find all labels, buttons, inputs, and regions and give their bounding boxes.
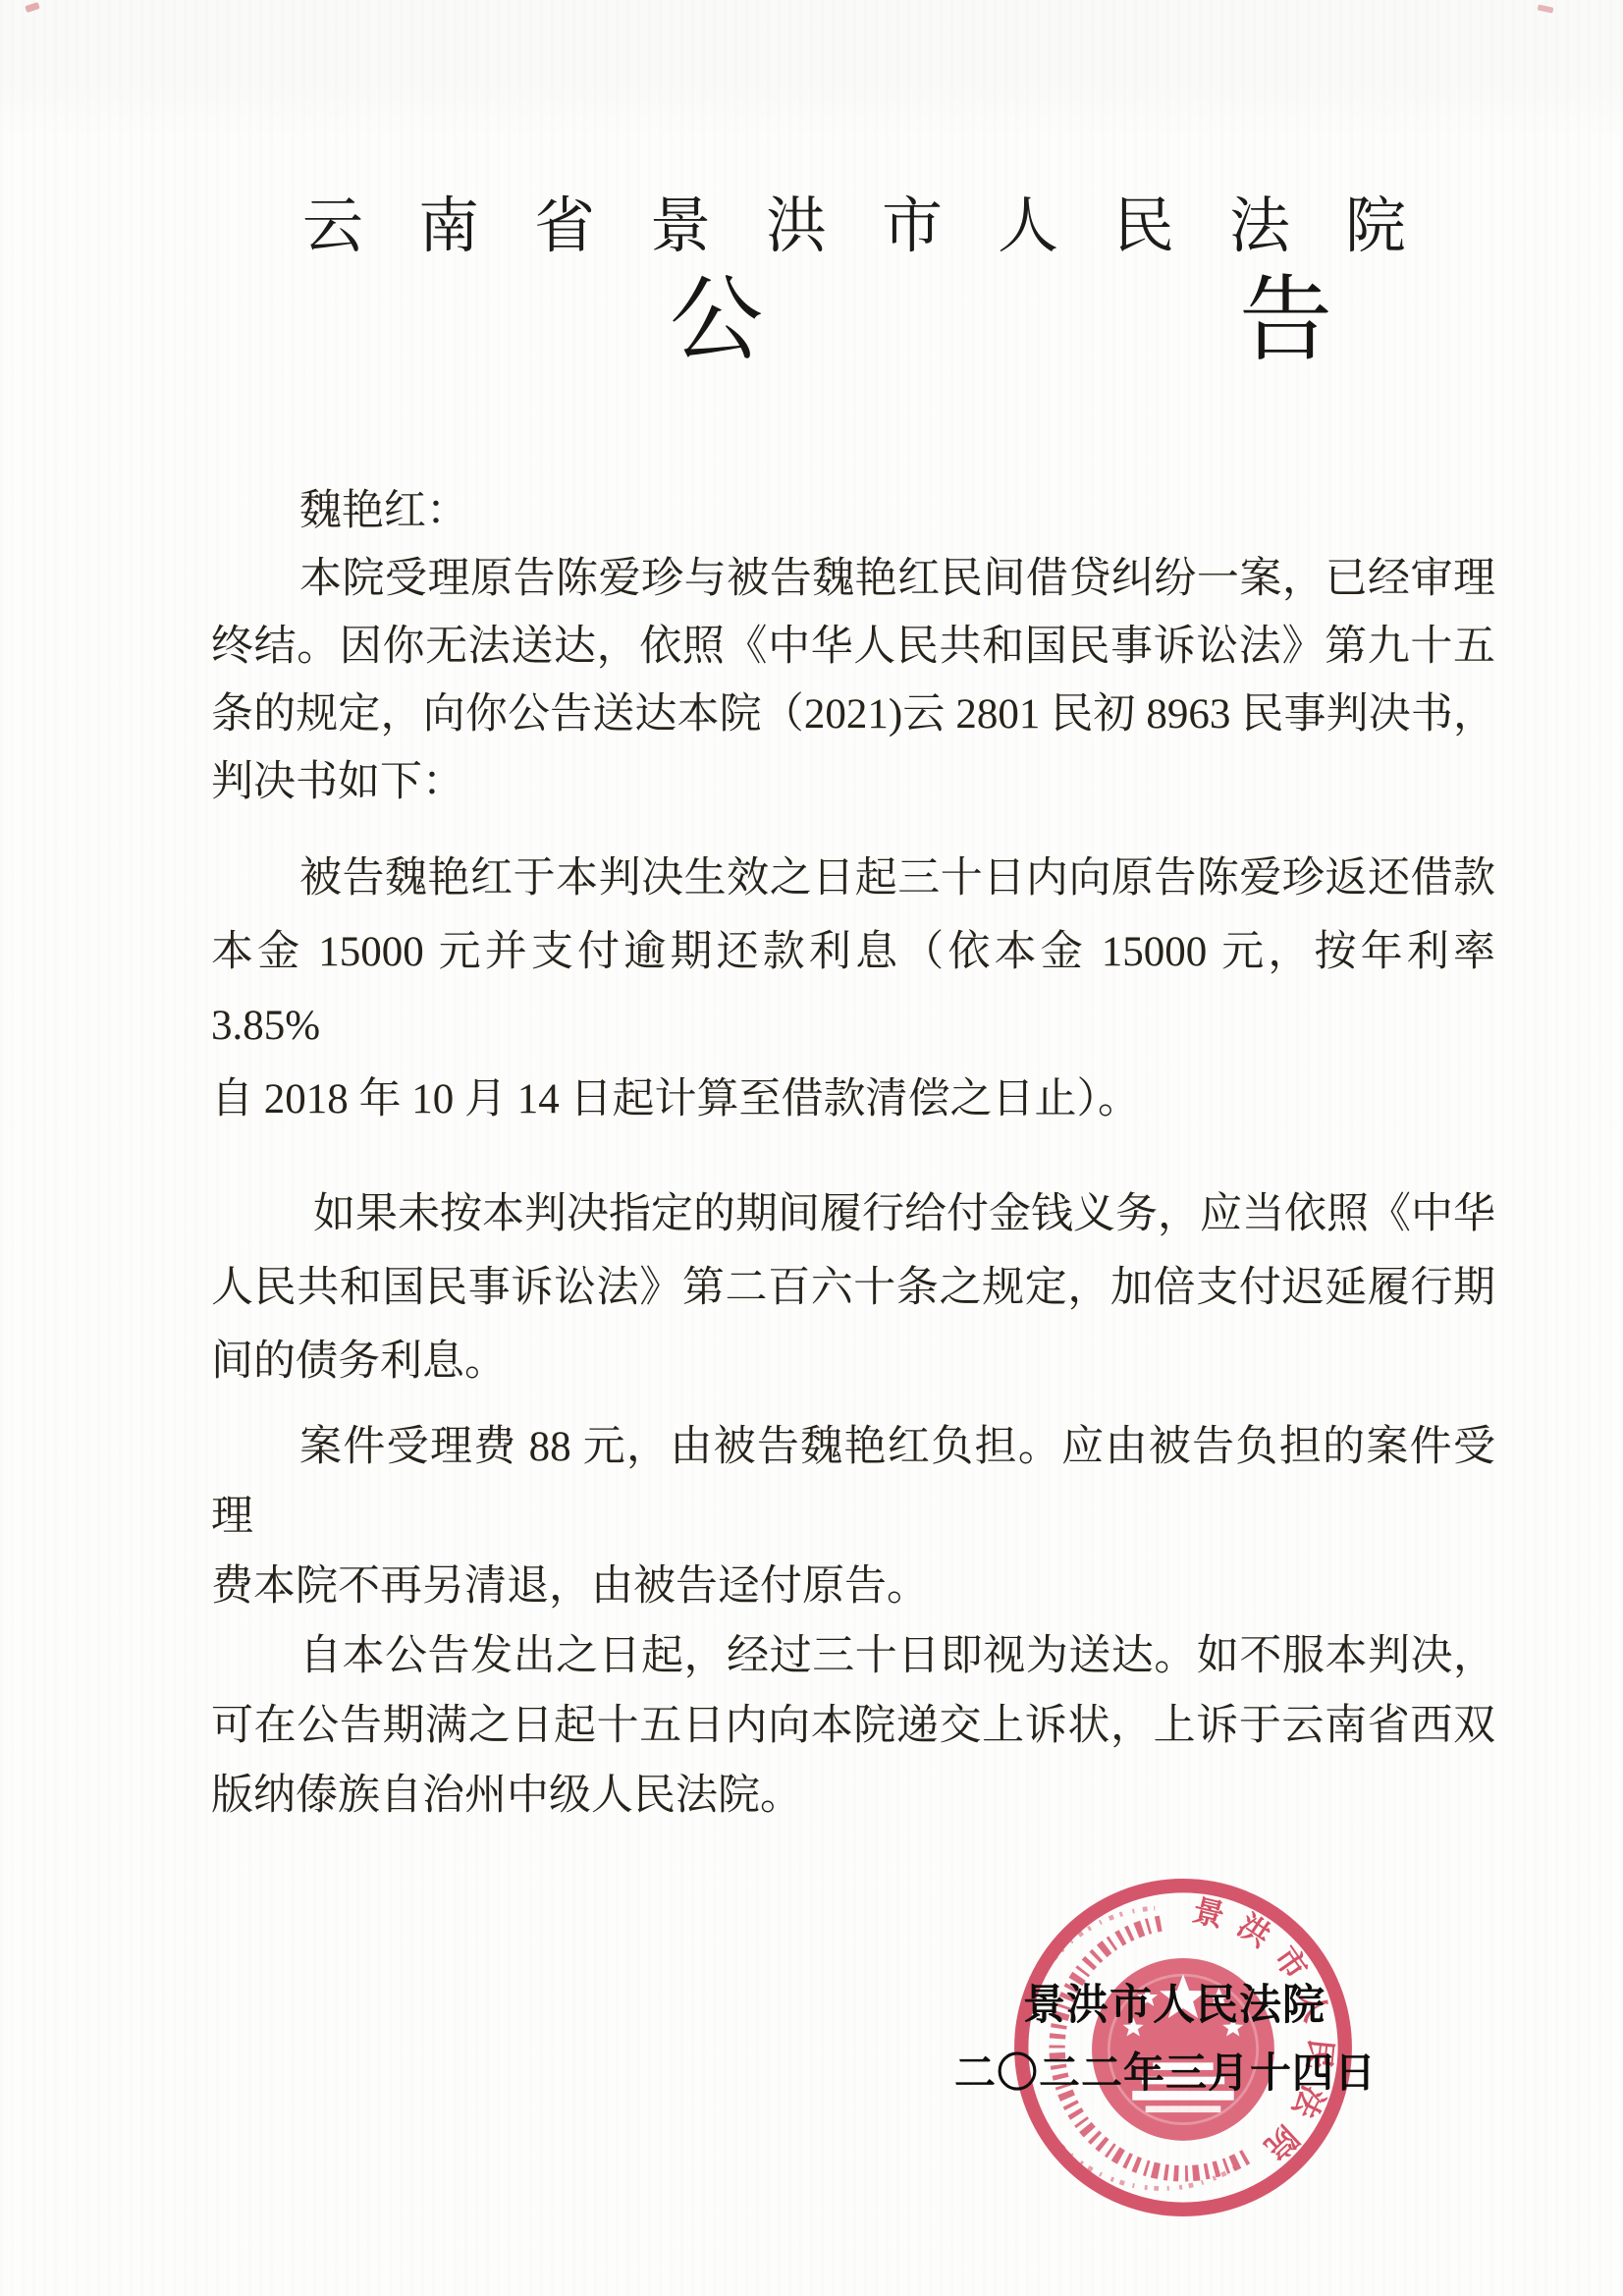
body-line: 自本公告发出之日起，经过三十日即视为送达。如不服本判决， <box>211 1621 1495 1691</box>
body-line: 案件受理费 88 元，由被告魏艳红负担。应由被告负担的案件受理 <box>211 1412 1495 1552</box>
body-line: 可在公告期满之日起十五日内向本院递交上诉状，上诉于云南省西双 <box>211 1691 1495 1761</box>
emblem-gate-plinth <box>1146 2105 1221 2112</box>
body-line: 条的规定，向你公告送达本院（2021)云 2801 民初 8963 民事判决书， <box>211 681 1495 748</box>
paragraph: 被告魏艳红于本判决生效之日起三十日内向原告陈爱珍返还借款本金 15000 元并支… <box>211 842 1495 1136</box>
announcement-body: 魏艳红：本院受理原告陈爱珍与被告魏艳红民间借贷纠纷一案，已经审理终结。因你无法送… <box>211 477 1495 1831</box>
paragraph: 魏艳红： <box>211 477 1495 545</box>
paragraph: 自本公告发出之日起，经过三十日即视为送达。如不服本判决，可在公告期满之日起十五日… <box>211 1621 1495 1831</box>
body-line: 本金 15000 元并支付逾期还款利息（依本金 15000 元，按年利率 3.8… <box>211 915 1495 1063</box>
body-line: 如果未按本判决指定的期间履行给付金钱义务，应当依照《中华 <box>211 1177 1495 1251</box>
body-line: 人民共和国民事诉讼法》第二百六十条之规定，加倍支付迟延履行期 <box>211 1251 1495 1325</box>
page-title-announcement: 公 告 <box>670 271 1524 369</box>
body-line: 本院受理原告陈爱珍与被告魏艳红民间借贷纠纷一案，已经审理 <box>211 545 1495 613</box>
body-line: 间的债务利息。 <box>211 1325 1495 1398</box>
court-announcement-page: 云南省景洪市人民法院 公 告 魏艳红：本院受理原告陈爱珍与被告魏艳红民间借贷纠纷… <box>0 0 1623 2296</box>
body-line: 费本院不再另清退，由被告迳付原告。 <box>211 1552 1495 1621</box>
scan-artifact-mark <box>1538 4 1554 13</box>
scan-artifact-mark <box>25 2 39 13</box>
body-line: 被告魏艳红于本判决生效之日起三十日内向原告陈爱珍返还借款 <box>211 842 1495 915</box>
paragraph: 本院受理原告陈爱珍与被告魏艳红民间借贷纠纷一案，已经审理终结。因你无法送达，依照… <box>211 545 1495 816</box>
body-line: 终结。因你无法送达，依照《中华人民共和国民事诉讼法》第九十五 <box>211 613 1495 681</box>
paragraph: 如果未按本判决指定的期间履行给付金钱义务，应当依照《中华人民共和国民事诉讼法》第… <box>211 1177 1495 1398</box>
page-title-court-name: 云南省景洪市人民法院 <box>302 192 1461 261</box>
body-line: 魏艳红： <box>211 477 1495 545</box>
signature-date: 二〇二二年三月十四日 <box>954 2041 1377 2100</box>
paragraph: 案件受理费 88 元，由被告魏艳红负担。应由被告负担的案件受理费本院不再另清退，… <box>211 1412 1495 1621</box>
body-line: 自 2018 年 10 月 14 日起计算至借款清偿之日止）。 <box>211 1063 1495 1136</box>
body-line: 版纳傣族自治州中级人民法院。 <box>211 1761 1495 1831</box>
body-line: 判决书如下： <box>211 748 1495 816</box>
signature-court-name: 景洪市人民法院 <box>1023 1972 1325 2032</box>
